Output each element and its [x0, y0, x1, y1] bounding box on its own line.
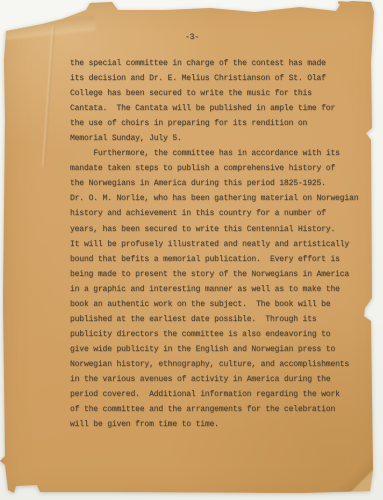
text-line: mandate taken steps to publish a compreh… [70, 161, 370, 176]
text-line: in a graphic and interesting manner as w… [70, 282, 370, 297]
text-line: book an authentic work on the subject. T… [70, 297, 370, 312]
text-line: published at the earliest date possible.… [70, 312, 370, 327]
text-line: years, has been secured to write this Ce… [70, 222, 370, 237]
corner-fold [321, 426, 383, 500]
text-line: Furthermore, the committee has in accord… [70, 146, 370, 161]
paper-sheet: -3- the special committee in charge of t… [0, 0, 383, 500]
scan-background: -3- the special committee in charge of t… [0, 0, 383, 500]
text-line: of the committee and the arrangements fo… [70, 402, 370, 417]
text-line: the use of choirs in preparing for its r… [70, 116, 370, 131]
page-number: -3- [185, 33, 199, 42]
text-line: the special committee in charge of the c… [70, 56, 370, 71]
typewritten-text: the special committee in charge of the c… [70, 56, 370, 432]
paper-crease-vertical [42, 26, 55, 168]
text-line: give wide publicity in the English and N… [70, 342, 370, 357]
text-line: Norwegian history, ethnography, culture,… [70, 357, 370, 372]
text-line: Dr. O. M. Norlie, who has been gathering… [70, 191, 370, 206]
text-line: College has been secured to write the mu… [70, 86, 370, 101]
text-line: publicity directors the committee is als… [70, 327, 370, 342]
text-line: being made to present the story of the N… [70, 267, 370, 282]
text-line: period covered. Additional information r… [70, 387, 370, 402]
paper-crease-top-left [0, 15, 96, 40]
text-line: its decision and Dr. E. Melius Christian… [70, 71, 370, 86]
document-page: -3- the special committee in charge of t… [0, 0, 383, 500]
text-line: Memorial Sunday, July 5. [70, 131, 370, 146]
text-line: bound that befits a memorial publication… [70, 252, 370, 267]
text-line: history and achievement in this country … [70, 206, 370, 221]
text-line: Cantata. The Cantata will be published i… [70, 101, 370, 116]
text-line: will be given from time to time. [70, 417, 370, 432]
text-line: in the various avenues of activity in Am… [70, 372, 370, 387]
text-line: It will be profusely illustrated and nea… [70, 237, 370, 252]
text-line: the Norwegians in America during this pe… [70, 176, 370, 191]
